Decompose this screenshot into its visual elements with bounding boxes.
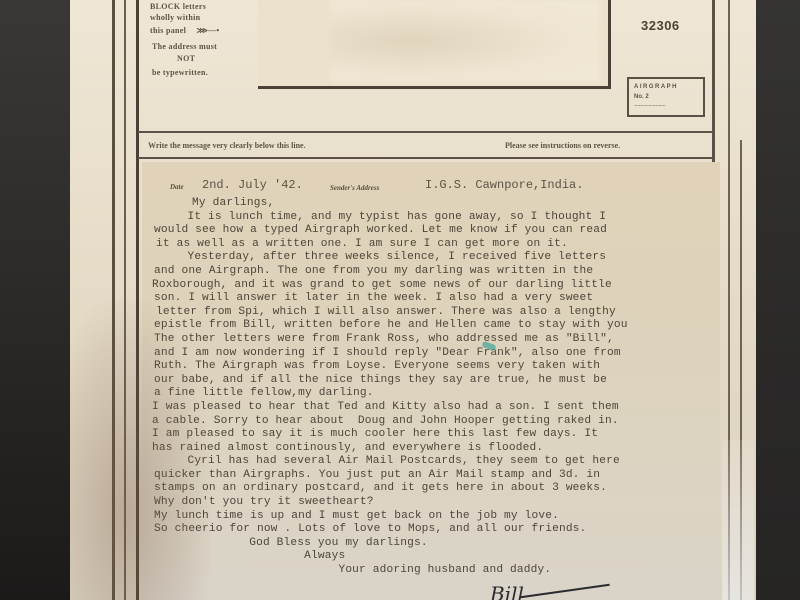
letter-date: 2nd. July '42. <box>202 178 303 192</box>
letter-body: My darlings, It is lunch time, and my ty… <box>160 197 720 578</box>
handwritten-signature: Bill <box>490 582 524 600</box>
letter-line: It is lunch time, and my typist has gone… <box>160 211 720 225</box>
letter-line: stamps on an ordinary postcard, and it g… <box>154 482 720 496</box>
stamp-line2: No. 2 <box>634 92 698 102</box>
letter-line: I am pleased to say it is much cooler he… <box>152 428 720 442</box>
letter-line: Yesterday, after three weeks silence, I … <box>160 251 720 265</box>
stamp-line3: ~~~~~~~~~ <box>634 102 698 112</box>
letter-line: Roxborough, and it was grand to get some… <box>152 279 720 293</box>
serial-number: 32306 <box>641 18 680 33</box>
sender-address-label: Sender's Address <box>330 184 379 192</box>
border-line <box>112 0 115 600</box>
letter-line: has rained almost continously, and every… <box>152 442 720 456</box>
letter-line: My lunch time is up and I must get back … <box>154 510 720 524</box>
address-redacted-blur <box>330 0 600 82</box>
date-label: Date <box>170 183 184 191</box>
instruction-block-letters: BLOCK letters <box>150 2 206 11</box>
instruction-this-panel: this panel ⋙—• <box>150 26 220 35</box>
letter-line: letter from Spi, which I will also answe… <box>156 306 720 320</box>
border-line <box>124 0 126 600</box>
instruction-this-panel-text: this panel <box>150 26 186 35</box>
address-note-line2: NOT <box>177 54 195 63</box>
letter-line: So cheerio for now . Lots of love to Mop… <box>154 523 720 537</box>
letter-line: a cable. Sorry to hear about Doug and Jo… <box>152 415 720 429</box>
letter-line: a fine little fellow,my darling. <box>154 387 720 401</box>
write-instruction: Write the message very clearly below thi… <box>148 141 306 150</box>
letter-line: son. I will answer it later in the week.… <box>154 292 720 306</box>
rule-bottom <box>138 157 714 159</box>
light-glare <box>722 440 754 600</box>
see-instructions: Please see instructions on reverse. <box>505 141 620 150</box>
border-line <box>136 0 139 600</box>
letter-line: Cyril has had several Air Mail Postcards… <box>160 455 720 469</box>
letter-line: God Bless you my darlings. <box>160 537 720 551</box>
stamp-line1: AIRGRAPH <box>634 82 698 92</box>
letter-line: and I am now wondering if I should reply… <box>154 347 720 361</box>
letter-line: epistle from Bill, written before he and… <box>154 319 720 333</box>
rule-top <box>138 131 714 133</box>
arrow-right-icon: ⋙—• <box>196 26 219 35</box>
letter-line: My darlings, <box>192 197 720 211</box>
letter-line: it as well as a written one. I am sure I… <box>156 238 720 252</box>
sender-address: I.G.S. Cawnpore,India. <box>425 178 583 192</box>
instruction-wholly-within: wholly within <box>150 13 200 22</box>
letter-line: our babe, and if all the nice things the… <box>154 374 720 388</box>
dark-surface-left <box>0 0 72 600</box>
letter-line: I was pleased to hear that Ted and Kitty… <box>152 401 720 415</box>
dark-surface-right <box>750 0 800 600</box>
letter-line: and one Airgraph. The one from you my da… <box>154 265 720 279</box>
letter-line: Why don't you try it sweetheart? <box>154 496 720 510</box>
address-note-line3: be typewritten. <box>152 68 208 77</box>
letter-line: quicker than Airgraphs. You just put an … <box>154 469 720 483</box>
address-note-line1: The address must <box>152 42 217 51</box>
airgraph-stamp: AIRGRAPH No. 2 ~~~~~~~~~ <box>627 77 705 117</box>
letter-line: would see how a typed Airgraph worked. L… <box>154 224 720 238</box>
letter-line: Your adoring husband and daddy. <box>160 564 720 578</box>
letter-line: The other letters were from Frank Ross, … <box>154 333 720 347</box>
letter-line: Ruth. The Airgraph was from Loyse. Every… <box>154 360 720 374</box>
letter-line: Always <box>160 550 720 564</box>
